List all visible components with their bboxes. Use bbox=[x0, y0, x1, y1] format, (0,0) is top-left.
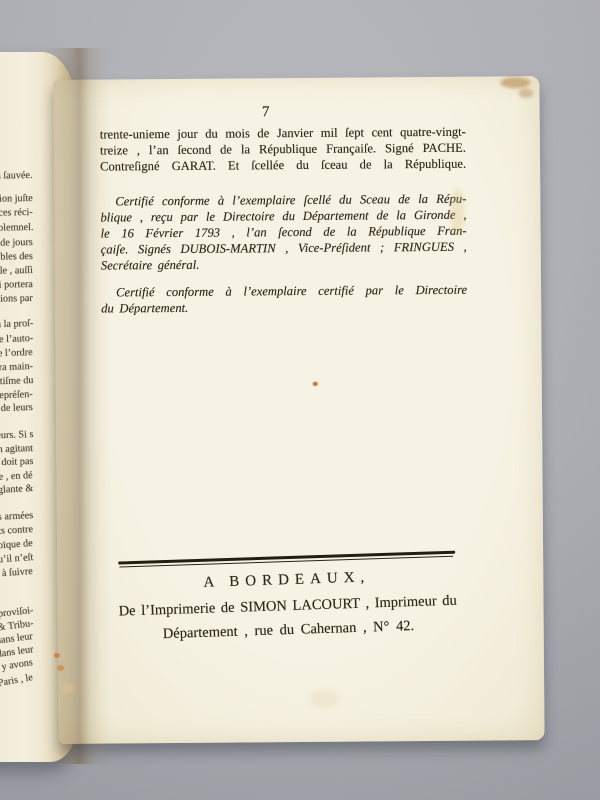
page-gutter-shading bbox=[53, 80, 88, 744]
facing-page-text-line: erfections par bbox=[0, 293, 33, 305]
facing-page-text-line: peu de jours bbox=[0, 237, 33, 249]
certification-line: Secrétaire général. bbox=[101, 255, 467, 274]
page-number: 7 bbox=[254, 104, 278, 121]
facing-page-text-line: e les repréſen- bbox=[0, 389, 33, 402]
facing-page-text-line: patriotiſme du bbox=[0, 375, 33, 388]
foxing-stain bbox=[308, 690, 340, 708]
facing-page-text-line: patrie , en dé bbox=[0, 470, 33, 484]
facing-page-text-line: peuple , auſſi bbox=[0, 265, 33, 277]
facing-page-text-line: éfenſeurs. Si s bbox=[0, 429, 33, 442]
certification-gironde-paragraph: Certifié conforme à l’exemplaire ſcellé … bbox=[100, 191, 467, 274]
facing-page-text-line: ique. A Paris , le bbox=[0, 672, 34, 694]
certification-line: Certifié conforme à l’exemplaire certifi… bbox=[101, 282, 467, 301]
certification-line: du Département. bbox=[101, 298, 467, 317]
facing-page-text-line: & qui portera bbox=[0, 279, 33, 291]
facing-page-text-line: té héroïque de bbox=[0, 538, 33, 553]
facing-page-text-line: es & les armées bbox=[0, 510, 33, 524]
facing-page-text-line: rnes à la proſ- bbox=[0, 318, 33, 331]
page-text-block: trente-unieme jour du mois de Janvier mi… bbox=[100, 124, 467, 317]
facing-page-text-line: uple en agitant bbox=[0, 443, 33, 456]
facing-page-text-line: fera ſauvée. bbox=[0, 170, 33, 182]
facing-page-text-line: re ſanglante & bbox=[0, 483, 33, 497]
facing-page-text-line: que ne doit pas bbox=[0, 456, 33, 469]
facing-page-text: fera ſauvée.réunion juſtedéfiances réci-… bbox=[0, 162, 34, 722]
colophon-city: A BORDEAUX, bbox=[87, 566, 487, 596]
facing-page-text-line: emis de l’ordre bbox=[0, 347, 33, 360]
certification-line: çaiſe. Signés DUBOIS-MARTIN , Vice-Préſi… bbox=[101, 239, 467, 258]
colophon: A BORDEAUX, De l’Imprimerie de SIMON LAC… bbox=[86, 550, 488, 646]
facing-page-text-line: réunion juſte bbox=[0, 193, 33, 205]
decree-paragraph: trente-unieme jour du mois de Janvier mi… bbox=[100, 124, 466, 175]
facing-page-text-line: combats contre bbox=[0, 524, 33, 538]
colophon-imprint-line2: Département , rue du Cahernan , N° 42. bbox=[88, 616, 488, 646]
decree-line: Contreſigné GARAT. Et ſcellée du ſceau d… bbox=[100, 156, 466, 175]
facing-page-text-line: loix ſera main- bbox=[0, 361, 33, 374]
foxing-spot bbox=[518, 88, 533, 98]
foxing-spot bbox=[500, 77, 530, 88]
facing-page-text-line: ngez qu’il n’eſt bbox=[0, 552, 33, 567]
photo-background: fera ſauvée.réunion juſtedéfiances réci-… bbox=[0, 0, 600, 800]
facing-page-text-line: union de leurs bbox=[0, 402, 33, 415]
foxing-spot bbox=[313, 382, 318, 386]
certification-directoire-paragraph: Certifié conforme à l’exemplaire certifi… bbox=[101, 282, 467, 317]
facing-page-text-line: ſcriptibles des bbox=[0, 251, 33, 263]
facing-page-text-line: lors que l’auto- bbox=[0, 333, 33, 346]
facing-page-text-line: tre ſolemnel. bbox=[0, 222, 33, 234]
facing-page-text-line: erminé à ſuivre bbox=[0, 566, 33, 581]
document-page: 7 trente-unieme jour du mois de Janvier … bbox=[53, 76, 544, 744]
facing-page-text-line: défiances réci- bbox=[0, 207, 33, 219]
